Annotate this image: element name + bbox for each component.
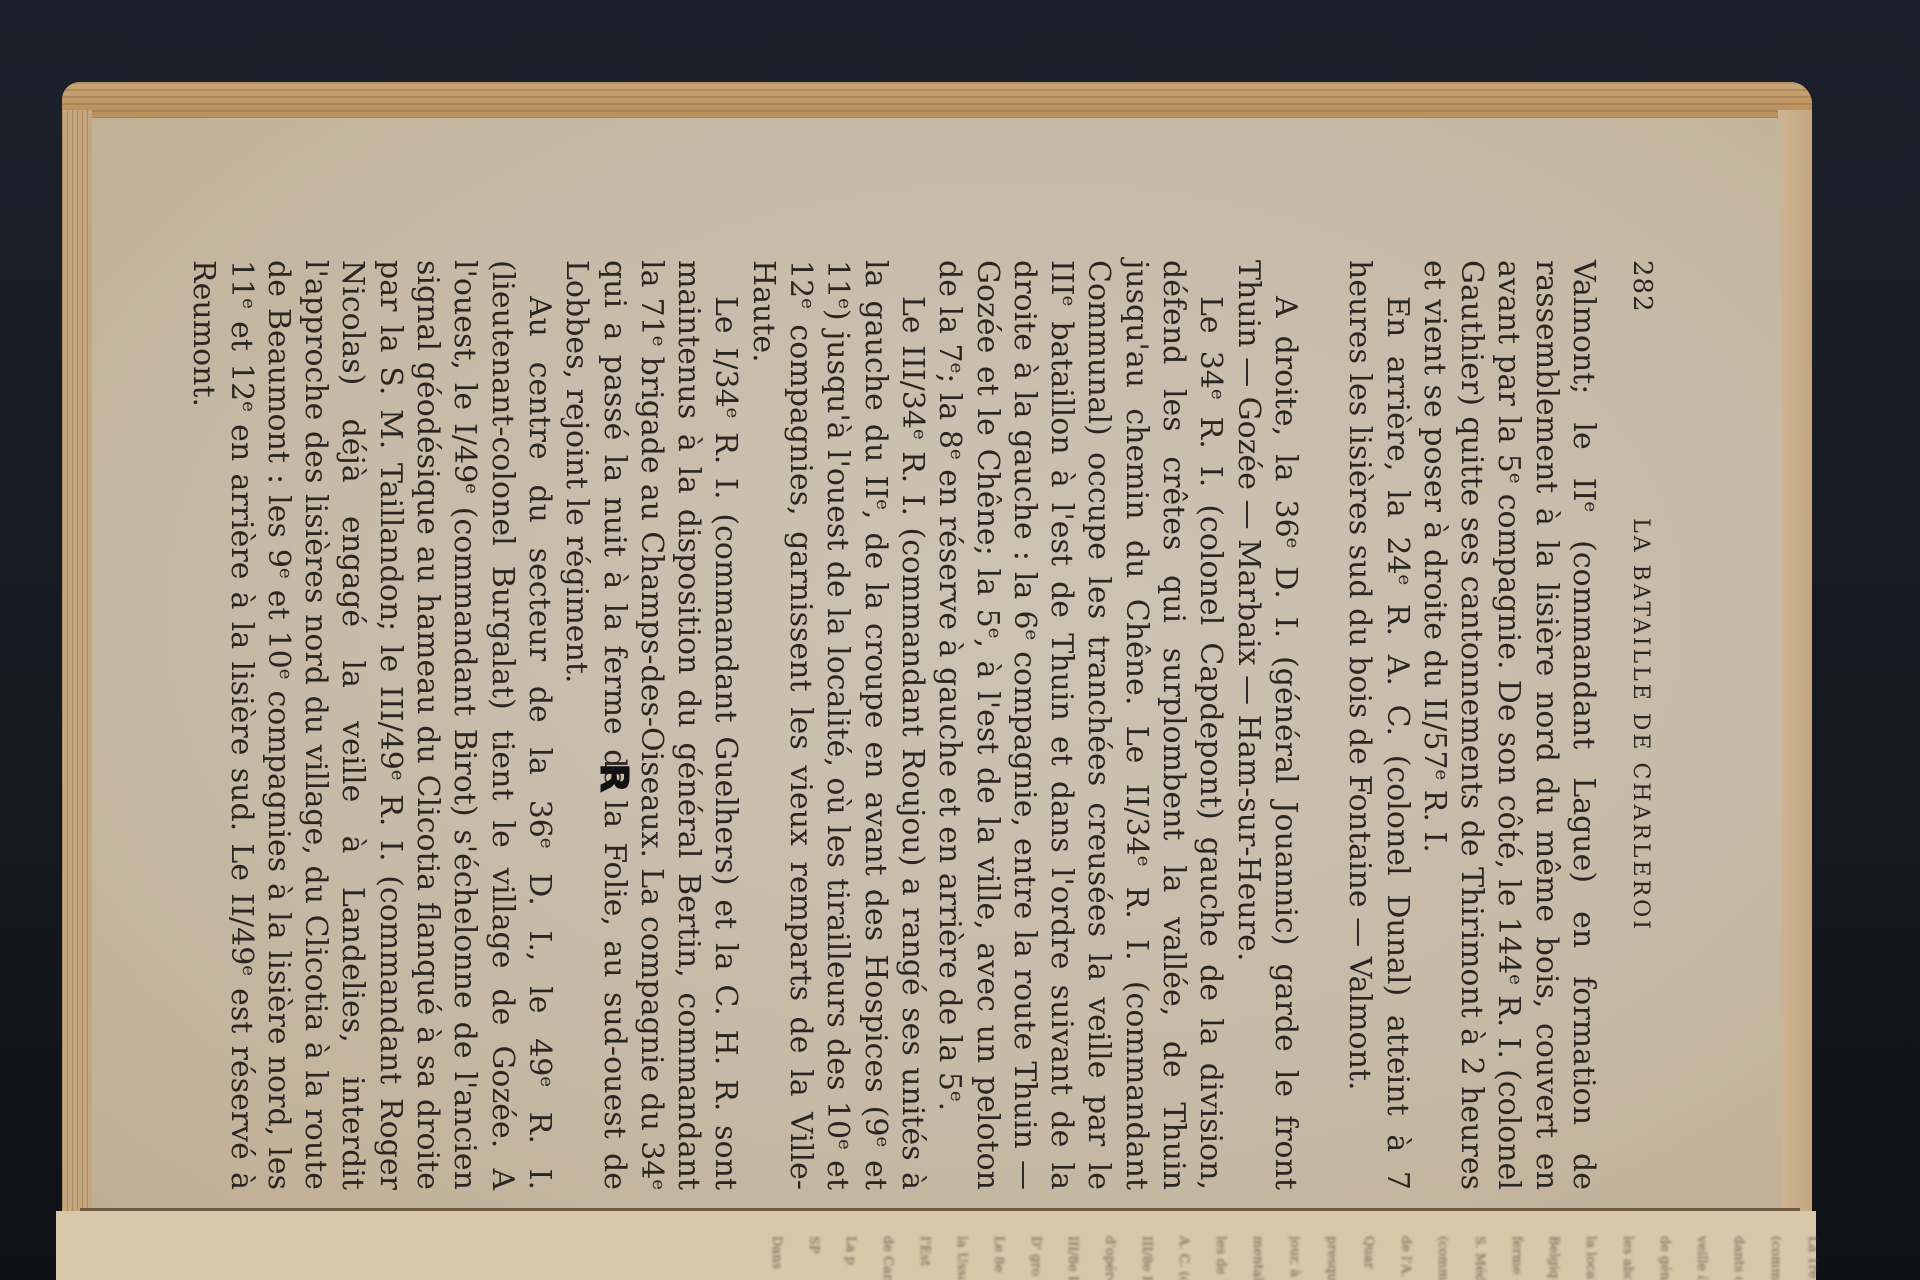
- running-head-title: LA BATAILLE DE CHARLEROI: [1622, 350, 1659, 1190]
- facing-page-line: de l'A. C: [1398, 1236, 1413, 1280]
- facing-page-line: SP: [806, 1236, 821, 1280]
- facing-page-line: (commandant: [1435, 1236, 1450, 1280]
- facing-page-line: presqu': [1324, 1236, 1339, 1280]
- facing-page-line: I'Est: [917, 1236, 932, 1280]
- facing-page-line: de génie div: [1657, 1236, 1672, 1280]
- facing-page-line: Belgique,: [1546, 1236, 1561, 1280]
- facing-page-line: veille à la m: [1694, 1236, 1709, 1280]
- page-number: 282: [1623, 260, 1660, 350]
- paragraph-2: En arrière, la 24e R. A. C. (colonel Dun…: [1341, 260, 1416, 1190]
- facing-page-line: d'opérer: [1102, 1236, 1117, 1280]
- facing-page-line: la localité: [1583, 1236, 1598, 1280]
- facing-page-line: dants du R: [1731, 1236, 1746, 1280]
- paragraph-6: Le I/34e R. I. (commandant Guelhers) et …: [558, 260, 744, 1190]
- facing-page-line: les abords: [1620, 1236, 1635, 1280]
- facing-page-line: mentale: [1250, 1236, 1265, 1280]
- facing-page-line: (commandant C: [1768, 1236, 1783, 1280]
- facing-page-line: la Ussa: [954, 1236, 969, 1280]
- facing-page-line: jour, à: [1287, 1236, 1302, 1280]
- facing-page-text: La 1re B.(commandant Cdants du Rveille à…: [620, 1236, 1820, 1280]
- facing-page-line: de Cam: [880, 1236, 895, 1280]
- facing-page-line: ferme de la: [1509, 1236, 1524, 1280]
- facing-page-line: La 1re B.: [1805, 1236, 1820, 1280]
- book-fore-edge: [1778, 110, 1812, 1220]
- paragraph-7: Au centre du secteur de la 36e D. I., le…: [185, 260, 558, 1190]
- facing-page-line: III/8e R. I.: [1065, 1236, 1080, 1280]
- paragraph-4: Le 34e R. I. (colonel Capdepont) gauche …: [931, 260, 1229, 1190]
- facing-page-line: S. Médicales: [1472, 1236, 1487, 1280]
- facing-page-line: Dans: [769, 1236, 784, 1280]
- facing-page-line: III/8e R. I.: [1139, 1236, 1154, 1280]
- facing-page-line: les de B: [1213, 1236, 1228, 1280]
- book-spine-edge: [62, 110, 92, 1220]
- page-text-block: 282 LA BATAILLE DE CHARLEROI Valmont; le…: [240, 260, 1660, 1190]
- photo-scene: La 1re B.(commandant Cdants du Rveille à…: [0, 0, 1920, 1280]
- paragraph-5: Le III/34e R. I. (commandant Roujou) a r…: [744, 260, 930, 1190]
- facing-page-line: D' gro: [1028, 1236, 1043, 1280]
- paragraph-1: Valmont; le IIe (commandant Lague) en fo…: [1416, 260, 1602, 1190]
- facing-page-line: Quar: [1361, 1236, 1376, 1280]
- handwritten-annotation: R: [590, 763, 636, 794]
- facing-page-line: Le 8e: [991, 1236, 1006, 1280]
- running-head: 282 LA BATAILLE DE CHARLEROI: [1616, 260, 1660, 1190]
- facing-page-line: La p: [843, 1236, 858, 1280]
- facing-page-line: A. C. (colo: [1176, 1236, 1191, 1280]
- paragraph-3: A droite, la 36e D. I. (général Jouannic…: [1229, 260, 1304, 1190]
